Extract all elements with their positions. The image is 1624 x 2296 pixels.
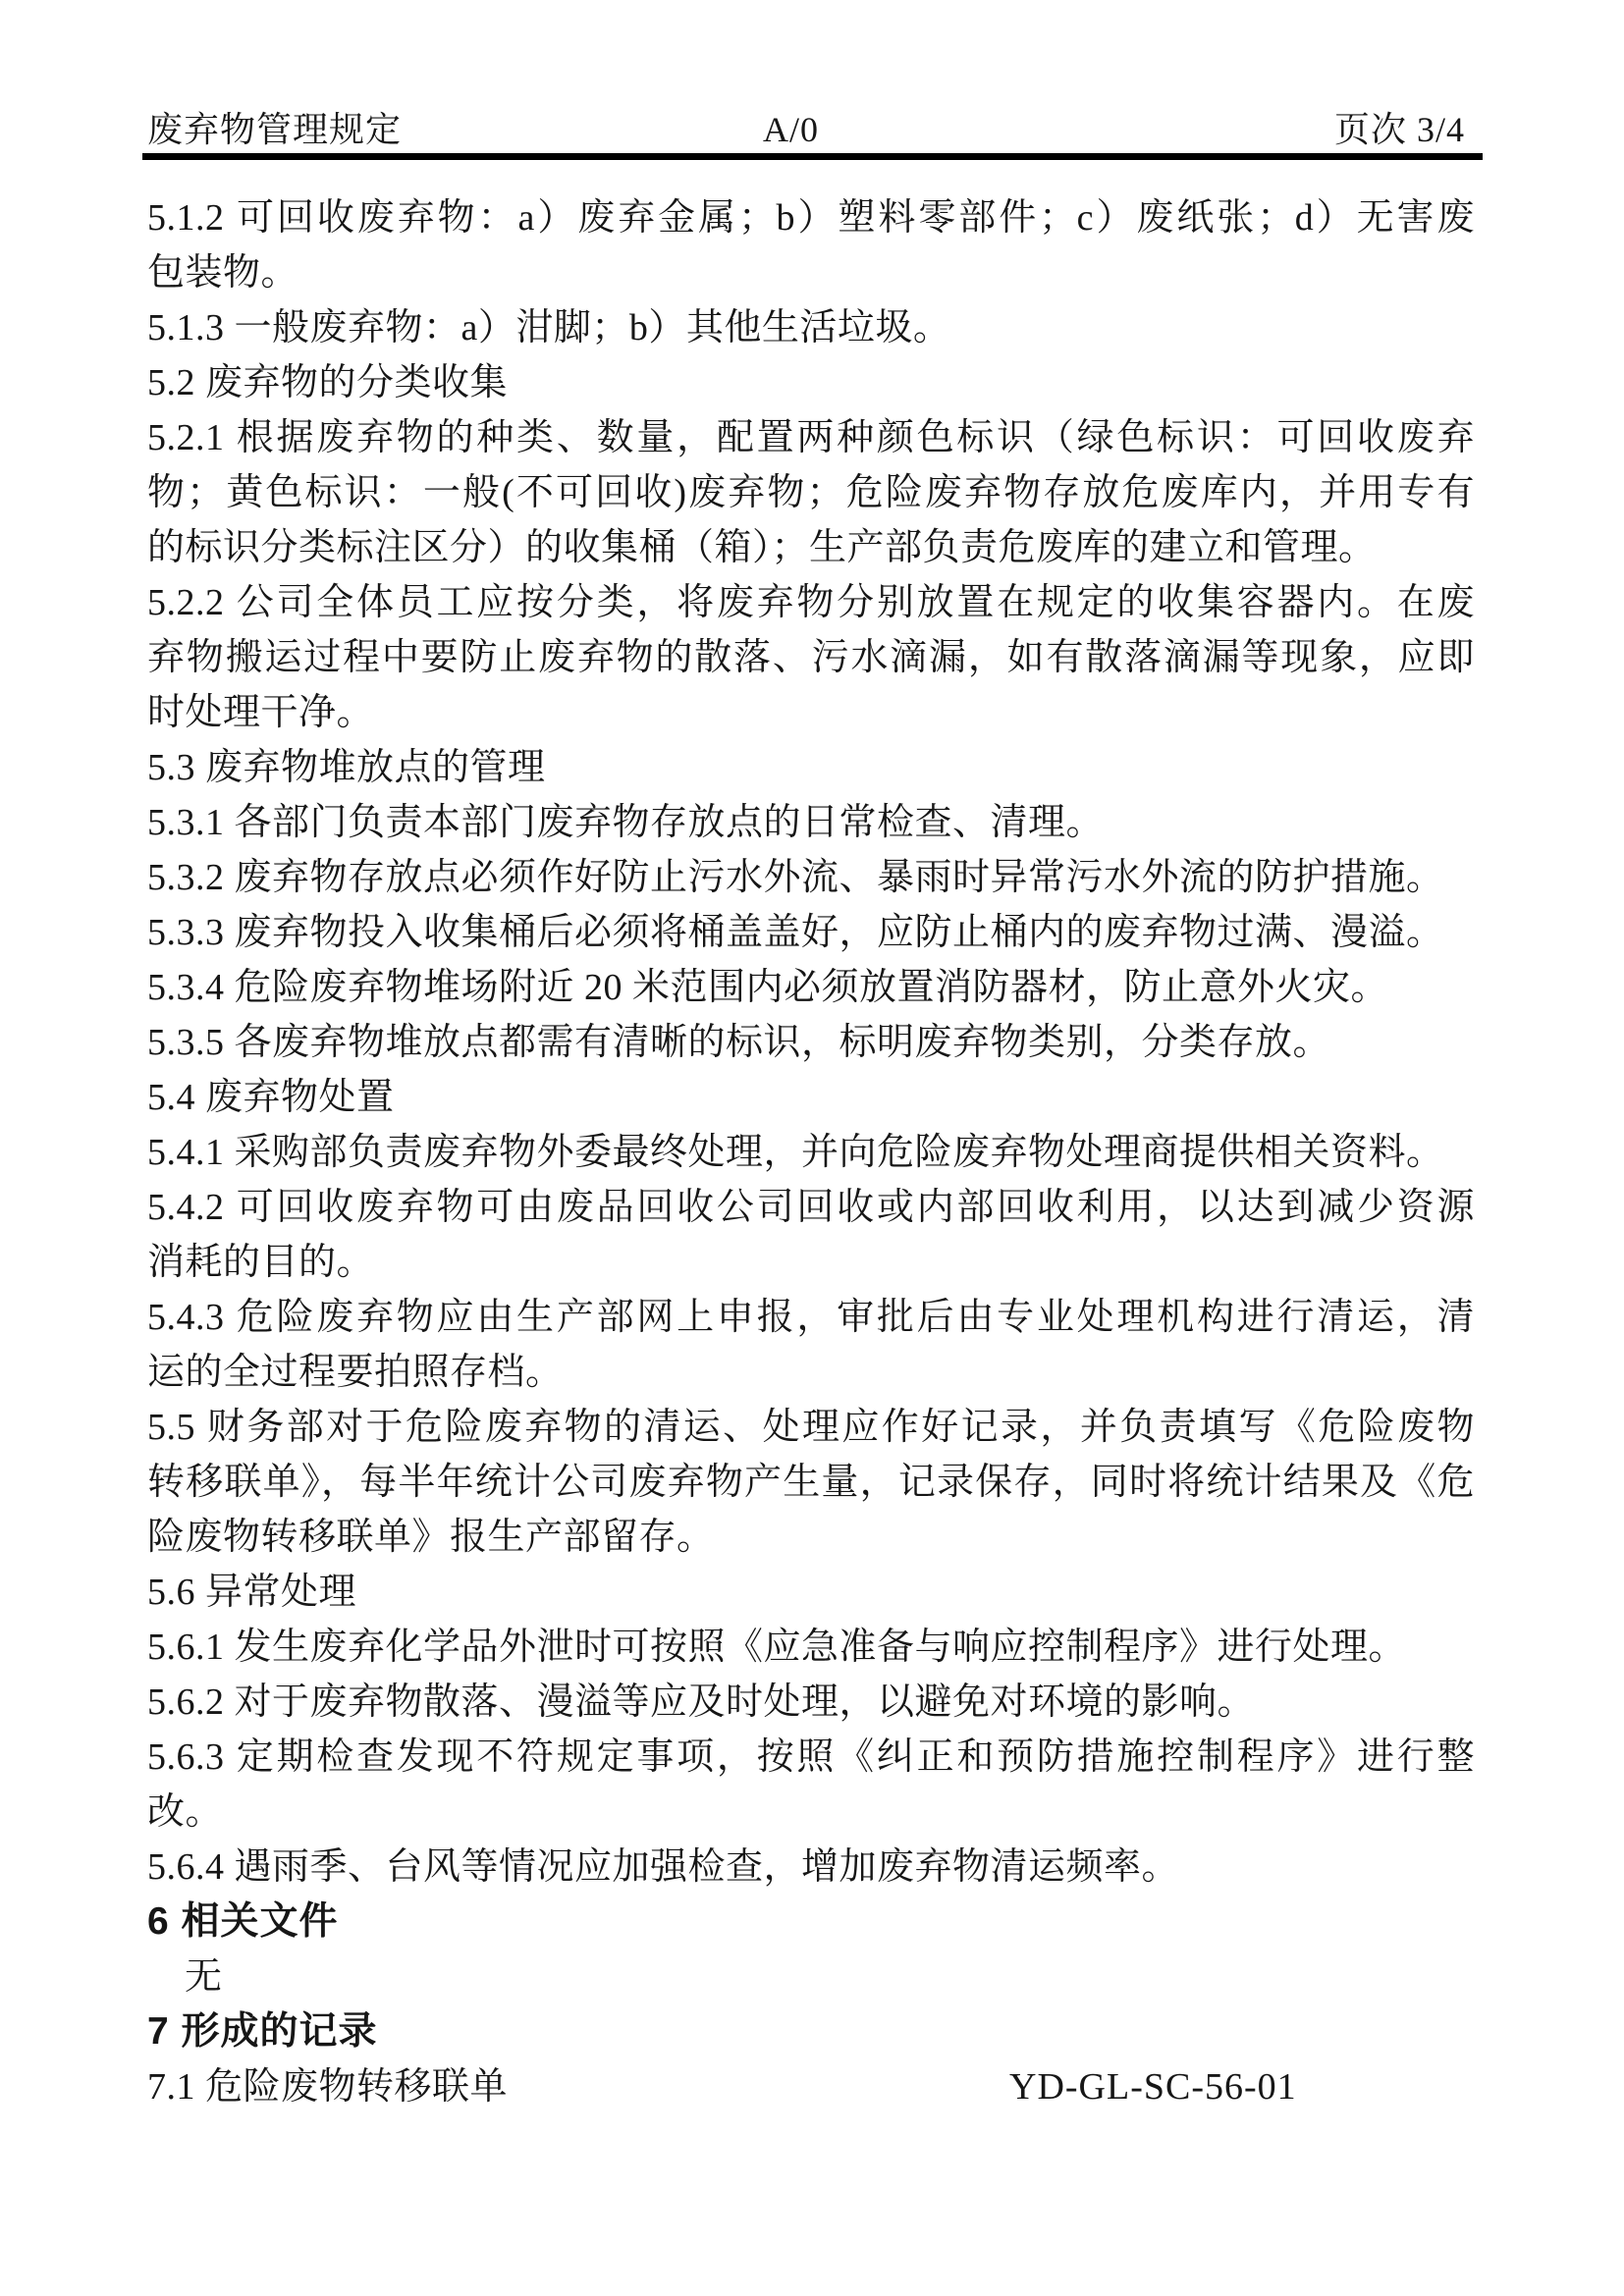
body-line: 5.4 废弃物处置 [147,1070,1475,1125]
body-line: 5.3 废弃物堆放点的管理 [147,740,1475,795]
body-line: 5.2.2 公司全体员工应按分类，将废弃物分别放置在规定的收集容器内。在废 [147,575,1475,630]
body-line: 5.6.4 遇雨季、台风等情况应加强检查，增加废弃物清运频率。 [147,1840,1475,1895]
body-line: 5.3.5 各废弃物堆放点都需有清晰的标识，标明废弃物类别，分类存放。 [147,1015,1475,1070]
body-line: 5.6 异常处理 [147,1565,1475,1620]
record-code: YD-GL-SC-56-01 [1009,2059,1297,2114]
body-line: 5.6.2 对于废弃物散落、漫溢等应及时处理，以避免对环境的影响。 [147,1675,1475,1730]
header-title: 废弃物管理规定 [147,108,402,151]
header-page-number: 页次 3/4 [1334,108,1465,151]
body-line: 改。 [147,1785,1475,1840]
header-revision: A/0 [763,108,819,151]
body-line: 5.3.1 各部门负责本部门废弃物存放点的日常检查、清理。 [147,795,1475,850]
body-line: 的标识分类标注区分）的收集桶（箱）；生产部负责危废库的建立和管理。 [147,520,1475,575]
page-header: 废弃物管理规定 A/0 页次 3/4 [142,102,1483,160]
body-line: 5.4.3 危险废弃物应由生产部网上申报，审批后由专业处理机构进行清运，清 [147,1290,1475,1345]
body-line: 消耗的目的。 [147,1235,1475,1290]
body-line: 转移联单》，每半年统计公司废弃物产生量，记录保存，同时将统计结果及《危 [147,1455,1475,1510]
document-body: 5.1.2 可回收废弃物：a）废弃金属；b）塑料零部件；c）废纸张；d）无害废包… [147,190,1475,2114]
body-line: 5.1.3 一般废弃物：a）泔脚；b）其他生活垃圾。 [147,300,1475,355]
body-line: 5.6.1 发生废弃化学品外泄时可按照《应急准备与响应控制程序》进行处理。 [147,1620,1475,1675]
body-line: 时处理干净。 [147,685,1475,740]
body-line: 物；黄色标识：一般(不可回收)废弃物；危险废弃物存放危废库内，并用专有 [147,465,1475,520]
body-line: 7.1 危险废物转移联单YD-GL-SC-56-01 [147,2059,1475,2114]
body-line: 5.2 废弃物的分类收集 [147,355,1475,410]
body-line: 弃物搬运过程中要防止废弃物的散落、污水滴漏，如有散落滴漏等现象，应即 [147,630,1475,685]
body-line: 5.5 财务部对于危险废弃物的清运、处理应作好记录，并负责填写《危险废物 [147,1400,1475,1455]
body-line: 运的全过程要拍照存档。 [147,1345,1475,1400]
document-page: 废弃物管理规定 A/0 页次 3/4 5.1.2 可回收废弃物：a）废弃金属；b… [0,0,1624,2296]
section-heading: 6 相关文件 [147,1895,1475,1949]
body-line: 5.4.2 可回收废弃物可由废品回收公司回收或内部回收利用，以达到减少资源 [147,1180,1475,1235]
body-line: 5.2.1 根据废弃物的种类、数量，配置两种颜色标识（绿色标识：可回收废弃 [147,410,1475,465]
body-line: 包装物。 [147,245,1475,300]
body-line: 5.3.3 废弃物投入收集桶后必须将桶盖盖好，应防止桶内的废弃物过满、漫溢。 [147,905,1475,960]
body-line: 无 [147,1949,1475,2004]
body-line: 5.3.4 危险废弃物堆场附近 20 米范围内必须放置消防器材，防止意外火灾。 [147,960,1475,1015]
body-line: 险废物转移联单》报生产部留存。 [147,1510,1475,1565]
section-heading: 7 形成的记录 [147,2004,1475,2059]
record-title: 7.1 危险废物转移联单 [147,2066,508,2108]
body-line: 5.4.1 采购部负责废弃物外委最终处理，并向危险废弃物处理商提供相关资料。 [147,1125,1475,1180]
body-line: 5.1.2 可回收废弃物：a）废弃金属；b）塑料零部件；c）废纸张；d）无害废 [147,190,1475,245]
body-line: 5.3.2 废弃物存放点必须作好防止污水外流、暴雨时异常污水外流的防护措施。 [147,850,1475,905]
body-line: 5.6.3 定期检查发现不符规定事项，按照《纠正和预防措施控制程序》进行整 [147,1730,1475,1785]
